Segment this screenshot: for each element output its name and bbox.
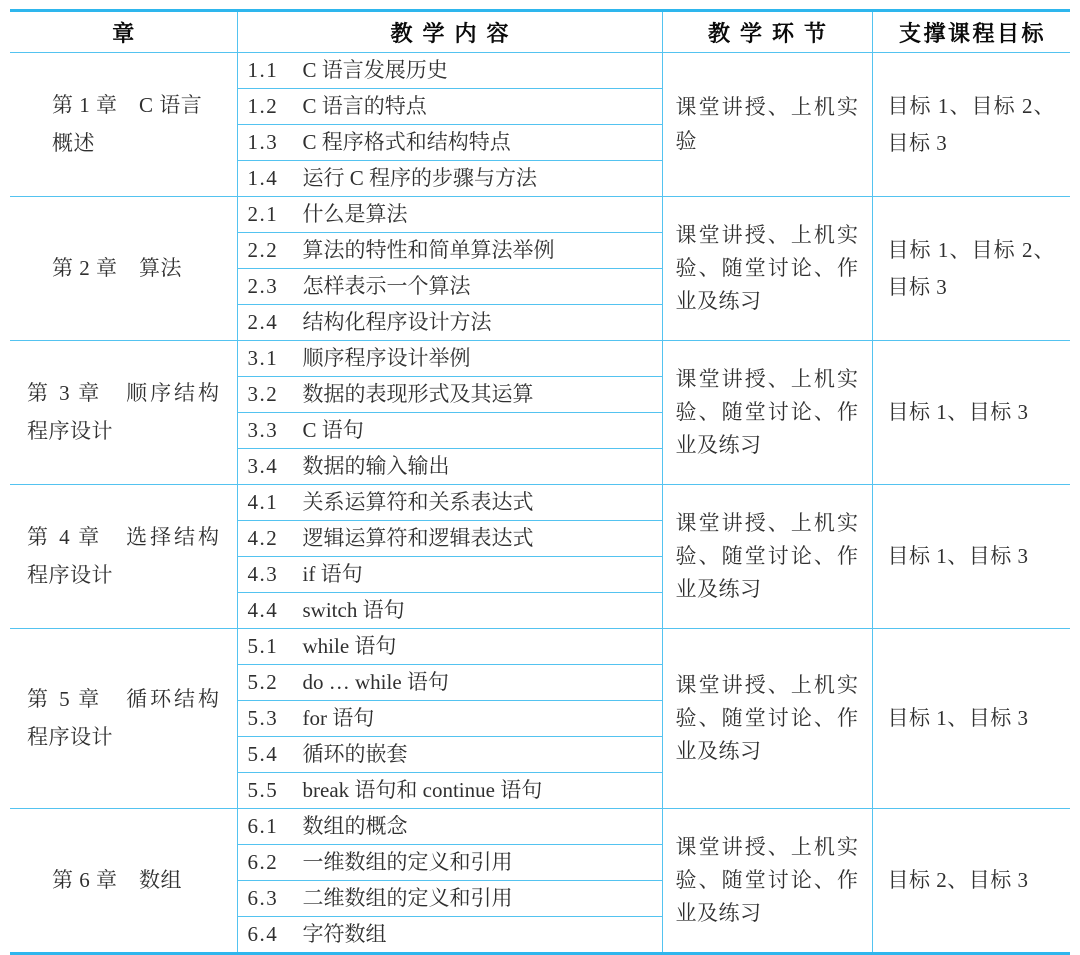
section-title: 字符数组 [303, 922, 387, 946]
table-row: 第 3 章 顺序结构 程序设计 3.1顺序程序设计举例 课堂讲授、上机实验、随堂… [10, 341, 1070, 377]
content-item-cell: 4.4switch 语句 [237, 593, 662, 629]
content-item-cell: 1.2C 语言的特点 [237, 89, 662, 125]
section-number: 2.3 [248, 272, 303, 300]
objectives-cell: 目标 1、目标 3 [872, 629, 1070, 809]
chapter-name: 第 2 章 算法 [52, 256, 182, 280]
header-chapter: 章 [10, 11, 237, 53]
content-item-cell: 2.4结构化程序设计方法 [237, 305, 662, 341]
methods-text: 课堂讲授、上机实验、随堂讨论、作业及练习 [676, 367, 859, 457]
syllabus-table: 章 教学内容 教学环节 支撑课程目标 第 1 章 C 语言概述 1.1C 语言发… [10, 9, 1070, 955]
chapter-name-line2: 程序设计 [27, 557, 220, 595]
teaching-methods-cell: 课堂讲授、上机实验、随堂讨论、作业及练习 [662, 197, 872, 341]
section-number: 3.2 [248, 380, 303, 408]
section-number: 5.2 [248, 668, 303, 696]
chapter-name: 第 4 章 选择结构 [27, 519, 220, 557]
table-row: 第 5 章 循环结构 程序设计 5.1while 语句 课堂讲授、上机实验、随堂… [10, 629, 1070, 665]
chapter-name: 第 3 章 顺序结构 [27, 375, 220, 413]
header-methods: 教学环节 [662, 11, 872, 53]
methods-text: 课堂讲授、上机实验、随堂讨论、作业及练习 [676, 223, 859, 313]
section-title: 数组的概念 [303, 814, 408, 838]
section-title: 一维数组的定义和引用 [303, 850, 513, 874]
section-title: 数据的表现形式及其运算 [303, 382, 534, 406]
table-row: 第 1 章 C 语言概述 1.1C 语言发展历史 课堂讲授、上机实验 目标 1、… [10, 53, 1070, 89]
content-item-cell: 4.3if 语句 [237, 557, 662, 593]
section-number: 3.3 [248, 416, 303, 444]
table-row: 第 4 章 选择结构 程序设计 4.1关系运算符和关系表达式 课堂讲授、上机实验… [10, 485, 1070, 521]
section-number: 4.3 [248, 560, 303, 588]
content-item-cell: 5.1while 语句 [237, 629, 662, 665]
section-number: 1.1 [248, 56, 303, 84]
chapter-name: 第 5 章 循环结构 [27, 681, 220, 719]
section-number: 4.1 [248, 488, 303, 516]
content-item-cell: 3.2数据的表现形式及其运算 [237, 377, 662, 413]
header-content: 教学内容 [237, 11, 662, 53]
objectives-cell: 目标 1、目标 3 [872, 341, 1070, 485]
content-item-cell: 6.2一维数组的定义和引用 [237, 845, 662, 881]
content-item-cell: 2.1什么是算法 [237, 197, 662, 233]
content-item-cell: 6.3二维数组的定义和引用 [237, 881, 662, 917]
methods-text: 课堂讲授、上机实验、随堂讨论、作业及练习 [676, 511, 859, 601]
section-number: 5.4 [248, 740, 303, 768]
objectives-cell: 目标 1、目标 2、目标 3 [872, 53, 1070, 197]
chapter-cell: 第 6 章 数组 [10, 809, 237, 954]
objectives-text: 目标 1、目标 3 [888, 400, 1029, 424]
chapter-cell: 第 4 章 选择结构 程序设计 [10, 485, 237, 629]
section-title: 结构化程序设计方法 [303, 310, 492, 334]
section-title: for 语句 [303, 706, 375, 730]
section-title: C 语句 [303, 418, 364, 442]
teaching-methods-cell: 课堂讲授、上机实验 [662, 53, 872, 197]
section-number: 4.4 [248, 596, 303, 624]
content-item-cell: 5.5break 语句和 continue 语句 [237, 773, 662, 809]
teaching-methods-cell: 课堂讲授、上机实验、随堂讨论、作业及练习 [662, 629, 872, 809]
chapter-name-line2: 程序设计 [27, 413, 220, 451]
section-title: 什么是算法 [303, 202, 408, 226]
objectives-text: 目标 1、目标 2、目标 3 [888, 94, 1056, 155]
table-row: 第 6 章 数组 6.1数组的概念 课堂讲授、上机实验、随堂讨论、作业及练习 目… [10, 809, 1070, 845]
chapter-cell: 第 2 章 算法 [10, 197, 237, 341]
content-item-cell: 3.4数据的输入输出 [237, 449, 662, 485]
section-number: 4.2 [248, 524, 303, 552]
section-title: 循环的嵌套 [303, 742, 408, 766]
section-number: 2.1 [248, 200, 303, 228]
objectives-cell: 目标 2、目标 3 [872, 809, 1070, 954]
header-row: 章 教学内容 教学环节 支撑课程目标 [10, 11, 1070, 53]
section-title: 顺序程序设计举例 [303, 346, 471, 370]
teaching-methods-cell: 课堂讲授、上机实验、随堂讨论、作业及练习 [662, 341, 872, 485]
section-title: 数据的输入输出 [303, 454, 450, 478]
objectives-text: 目标 1、目标 3 [888, 706, 1029, 730]
content-item-cell: 5.2do … while 语句 [237, 665, 662, 701]
section-number: 2.4 [248, 308, 303, 336]
teaching-methods-cell: 课堂讲授、上机实验、随堂讨论、作业及练习 [662, 485, 872, 629]
section-title: if 语句 [303, 562, 363, 586]
content-item-cell: 4.1关系运算符和关系表达式 [237, 485, 662, 521]
content-item-cell: 1.4运行 C 程序的步骤与方法 [237, 161, 662, 197]
methods-text: 课堂讲授、上机实验 [676, 95, 859, 152]
section-title: while 语句 [303, 634, 397, 658]
section-title: 关系运算符和关系表达式 [303, 490, 534, 514]
content-item-cell: 6.1数组的概念 [237, 809, 662, 845]
section-number: 2.2 [248, 236, 303, 264]
section-title: break 语句和 continue 语句 [303, 778, 543, 802]
chapter-name: 第 6 章 数组 [52, 868, 182, 892]
section-number: 6.2 [248, 848, 303, 876]
section-title: C 语言的特点 [303, 94, 427, 118]
section-title: 逻辑运算符和逻辑表达式 [303, 526, 534, 550]
section-number: 1.3 [248, 128, 303, 156]
header-objectives: 支撑课程目标 [872, 11, 1070, 53]
section-number: 5.1 [248, 632, 303, 660]
section-number: 5.3 [248, 704, 303, 732]
section-title: do … while 语句 [303, 670, 449, 694]
section-title: 算法的特性和简单算法举例 [303, 238, 555, 262]
content-item-cell: 5.4循环的嵌套 [237, 737, 662, 773]
section-title: C 程序格式和结构特点 [303, 130, 511, 154]
teaching-methods-cell: 课堂讲授、上机实验、随堂讨论、作业及练习 [662, 809, 872, 954]
section-number: 3.4 [248, 452, 303, 480]
content-item-cell: 3.1顺序程序设计举例 [237, 341, 662, 377]
methods-text: 课堂讲授、上机实验、随堂讨论、作业及练习 [676, 835, 859, 925]
section-number: 6.4 [248, 920, 303, 948]
chapter-cell: 第 5 章 循环结构 程序设计 [10, 629, 237, 809]
content-item-cell: 2.3怎样表示一个算法 [237, 269, 662, 305]
chapter-name: 第 1 章 C 语言概述 [52, 93, 202, 155]
section-number: 5.5 [248, 776, 303, 804]
content-item-cell: 3.3C 语句 [237, 413, 662, 449]
section-number: 1.4 [248, 164, 303, 192]
section-title: 怎样表示一个算法 [303, 274, 471, 298]
page: 章 教学内容 教学环节 支撑课程目标 第 1 章 C 语言概述 1.1C 语言发… [0, 0, 1080, 937]
objectives-text: 目标 1、目标 3 [888, 544, 1029, 568]
section-title: switch 语句 [303, 598, 405, 622]
chapter-cell: 第 1 章 C 语言概述 [10, 53, 237, 197]
content-item-cell: 1.3C 程序格式和结构特点 [237, 125, 662, 161]
methods-text: 课堂讲授、上机实验、随堂讨论、作业及练习 [676, 673, 859, 763]
content-item-cell: 4.2逻辑运算符和逻辑表达式 [237, 521, 662, 557]
section-number: 6.1 [248, 812, 303, 840]
content-item-cell: 1.1C 语言发展历史 [237, 53, 662, 89]
content-item-cell: 6.4字符数组 [237, 917, 662, 954]
objectives-cell: 目标 1、目标 2、目标 3 [872, 197, 1070, 341]
chapter-name-line2: 程序设计 [27, 719, 220, 757]
section-number: 6.3 [248, 884, 303, 912]
section-title: C 语言发展历史 [303, 58, 448, 82]
content-item-cell: 5.3for 语句 [237, 701, 662, 737]
table-row: 第 2 章 算法 2.1什么是算法 课堂讲授、上机实验、随堂讨论、作业及练习 目… [10, 197, 1070, 233]
objectives-cell: 目标 1、目标 3 [872, 485, 1070, 629]
section-number: 1.2 [248, 92, 303, 120]
section-title: 二维数组的定义和引用 [303, 886, 513, 910]
section-number: 3.1 [248, 344, 303, 372]
chapter-cell: 第 3 章 顺序结构 程序设计 [10, 341, 237, 485]
objectives-text: 目标 2、目标 3 [888, 868, 1029, 892]
section-title: 运行 C 程序的步骤与方法 [303, 166, 538, 190]
content-item-cell: 2.2算法的特性和简单算法举例 [237, 233, 662, 269]
objectives-text: 目标 1、目标 2、目标 3 [888, 238, 1056, 299]
